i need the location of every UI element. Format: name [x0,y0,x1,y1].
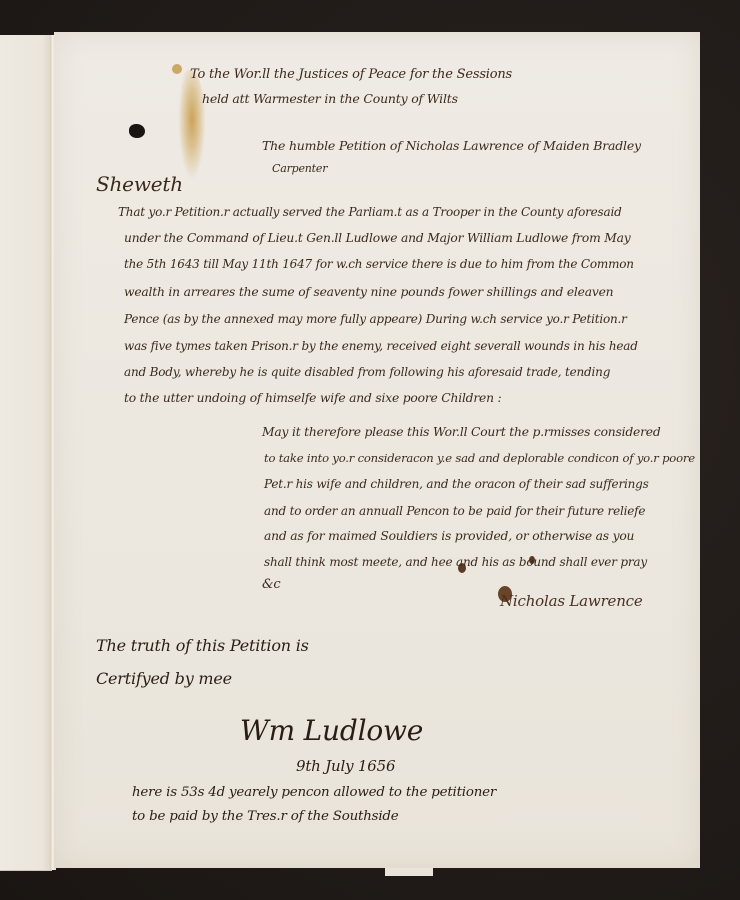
prayer-line: shall think most meete, and hee and his … [264,550,647,575]
certification-line: The truth of this Petition is [96,633,309,658]
address-line: To the Wor.ll the Justices of Peace for … [190,62,512,87]
page-edge-tab [385,868,433,876]
order-line: to be paid by the Tres.r of the Southsid… [132,804,399,829]
body-line: the 5th 1643 till May 11th 1647 for w.ch… [124,252,634,277]
body-line: to the utter undoing of himselfe wife an… [124,386,501,411]
certifier-signature: Wm Ludlowe [240,714,423,747]
prayer-closing: &c [262,572,280,597]
petition-heading-occupation: Carpenter [272,156,327,181]
address-line: held att Warmester in the County of Wilt… [202,86,458,111]
left-page-sliver [0,35,52,871]
petitioner-signature: Nicholas Lawrence [500,592,643,610]
prayer-line: Pet.r his wife and children, and the ora… [264,472,649,497]
sheweth-heading: Sheweth [96,172,183,196]
body-line: That yo.r Petition.r actually served the… [118,200,622,225]
body-line: wealth in arreares the sume of seaventy … [124,280,613,305]
prayer-line: May it therefore please this Wor.ll Cour… [262,420,661,445]
certification-date: 9th July 1656 [296,754,395,779]
petition-heading: The humble Petition of Nicholas Lawrence… [262,133,641,158]
stain-spot [172,64,182,74]
prayer-line: and as for maimed Souldiers is provided,… [264,524,634,549]
order-line: here is 53s 4d yearely pencon allowed to… [132,780,496,805]
paper-hole [129,124,145,138]
body-line: under the Command of Lieu.t Gen.ll Ludlo… [124,226,631,251]
prayer-line: to take into yo.r consideracon y.e sad a… [264,446,695,471]
body-line: was five tymes taken Prison.r by the ene… [124,334,638,359]
prayer-line: and to order an annuall Pencon to be pai… [264,499,645,524]
certification-line: Certifyed by mee [96,666,232,691]
body-line: Pence (as by the annexed may more fully … [124,307,627,332]
body-line: and Body, whereby he is quite disabled f… [124,360,610,385]
